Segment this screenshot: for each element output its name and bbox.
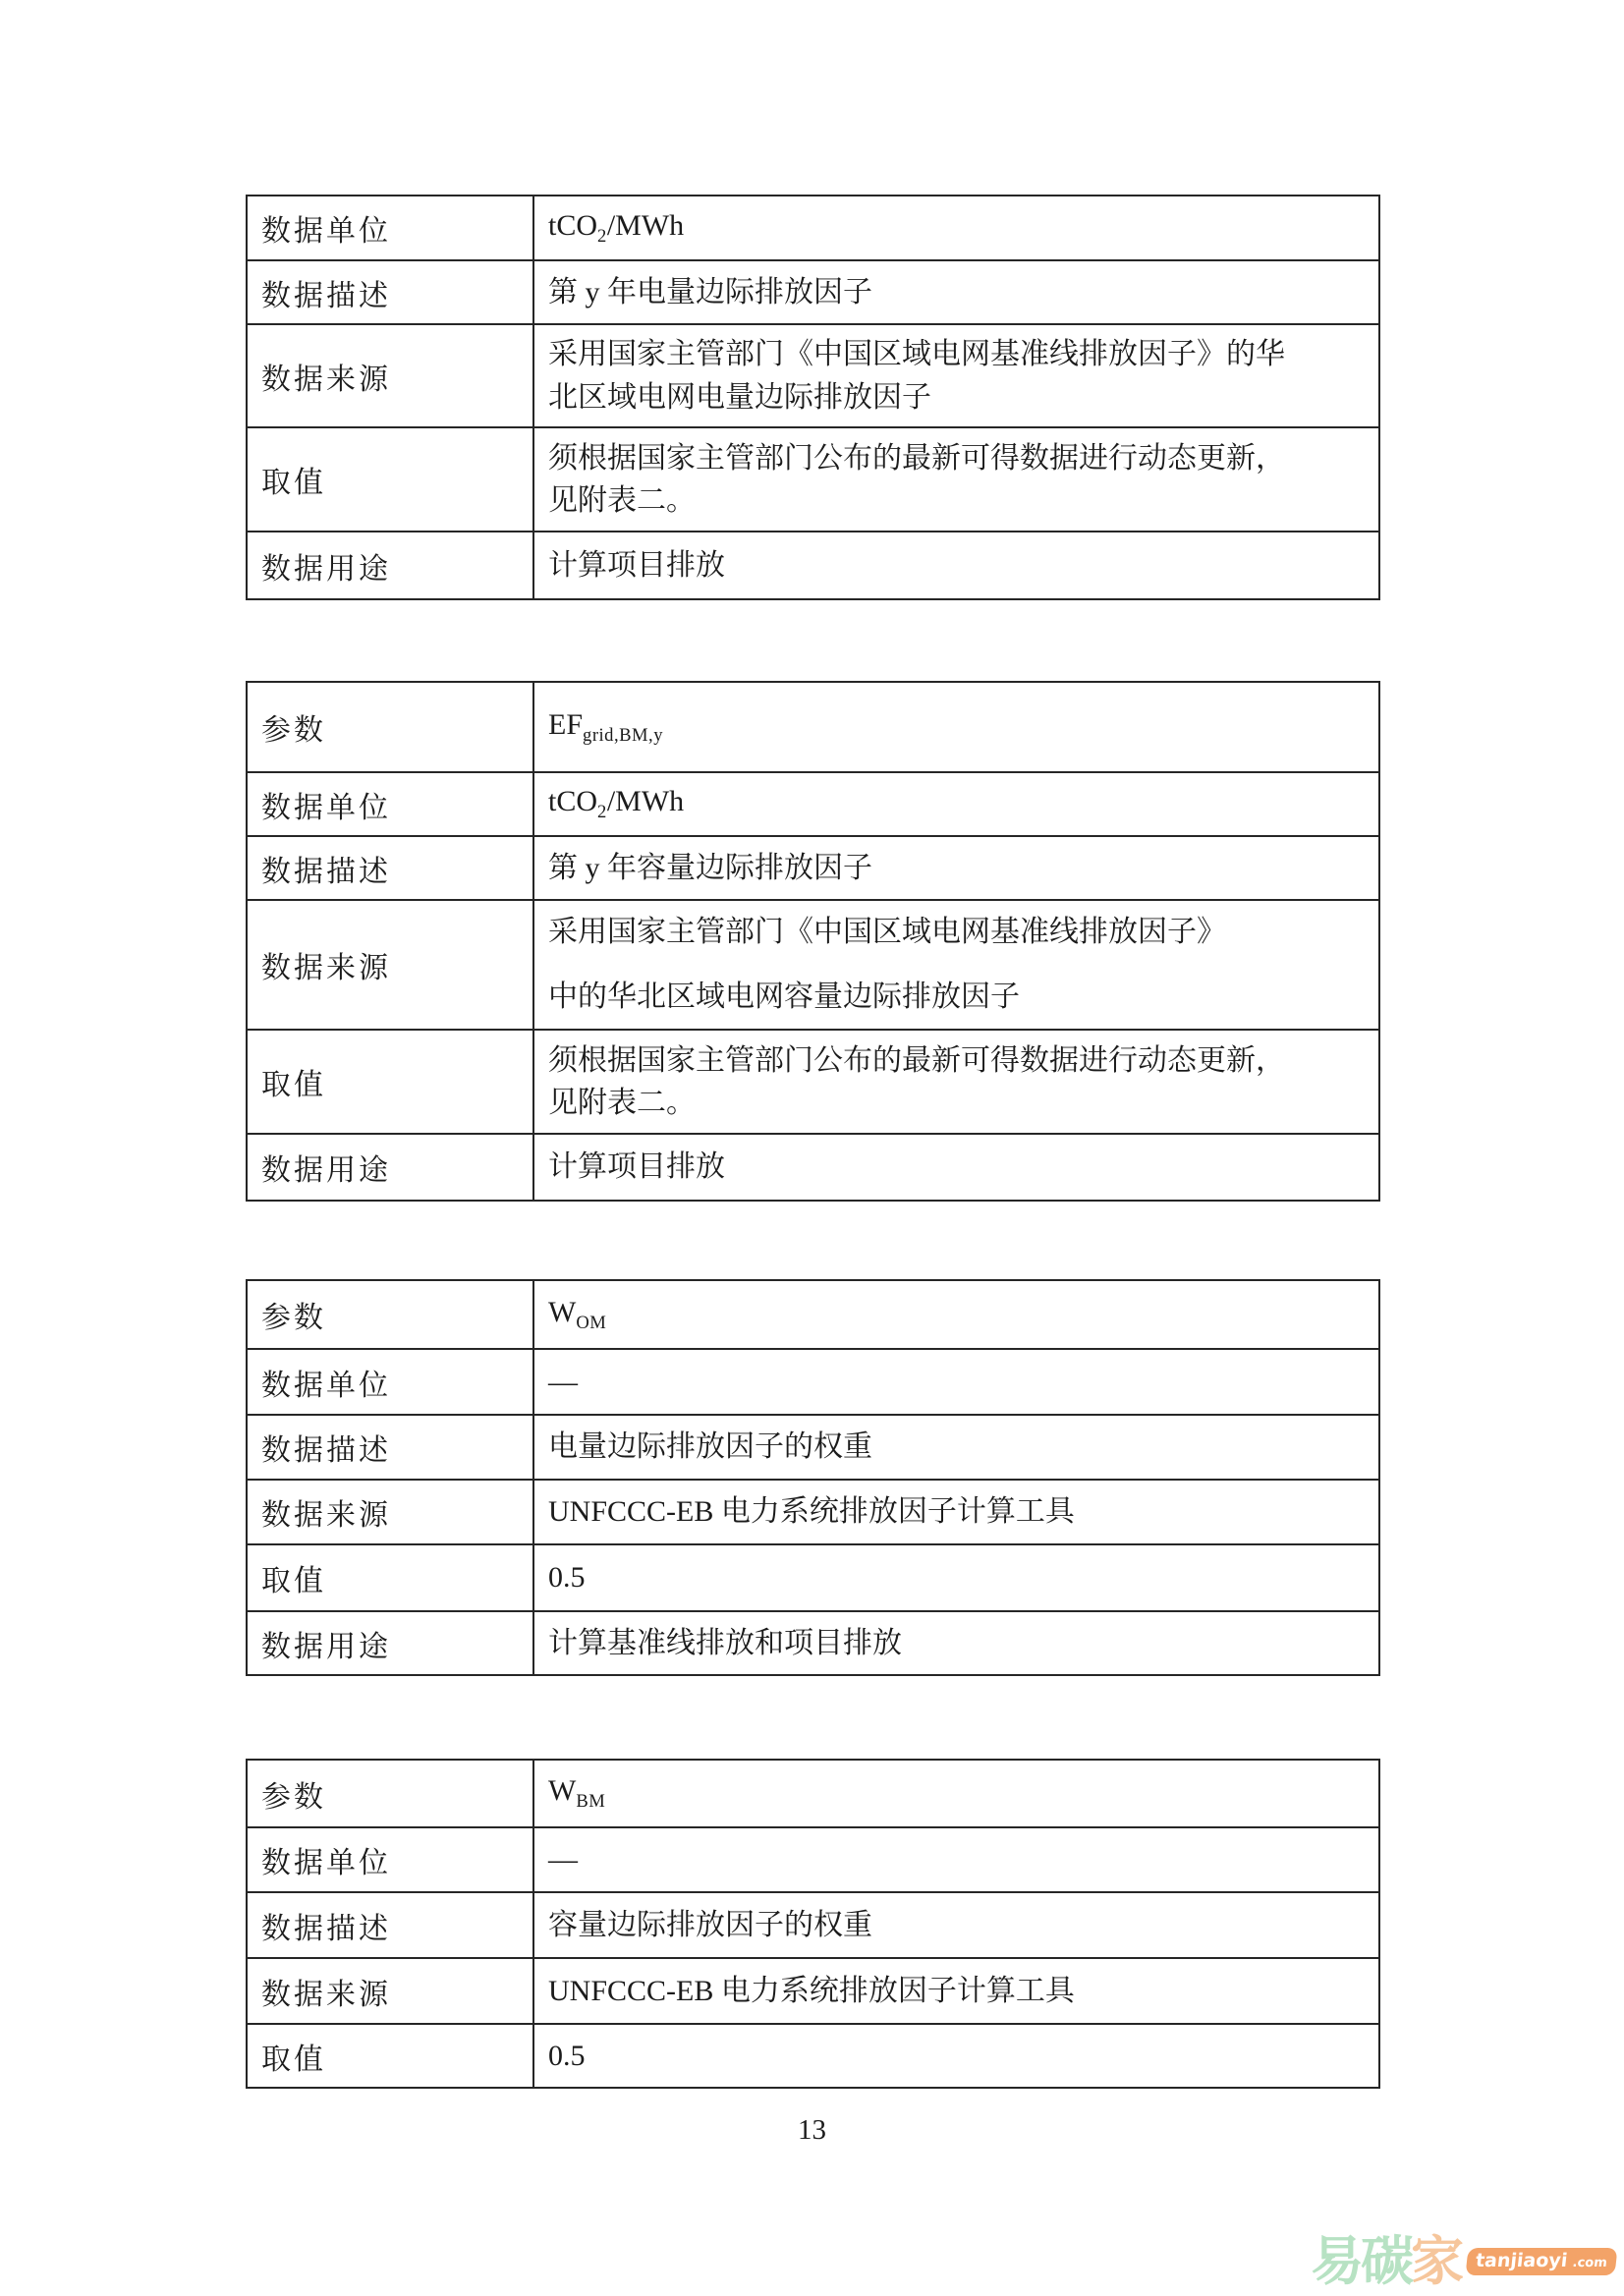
table-row: 数据单位 tCO2/MWh <box>248 771 1378 835</box>
row-label: 参数 <box>248 1281 534 1348</box>
parameter-symbol: WBM <box>548 1773 605 1813</box>
row-label: 取值 <box>248 2025 534 2087</box>
row-label: 数据单位 <box>248 773 534 835</box>
table-row: 参数 WBM <box>248 1761 1378 1826</box>
row-label: 数据单位 <box>248 1350 534 1414</box>
parameter-table-2: 参数 EFgrid,BM,y 数据单位 tCO2/MWh 数据描述 第 y 年容… <box>246 681 1380 1202</box>
table-row: 取值 0.5 <box>248 1543 1378 1610</box>
table-row: 数据描述 电量边际排放因子的权重 <box>248 1414 1378 1479</box>
table-row: 数据描述 第 y 年容量边际排放因子 <box>248 835 1378 899</box>
watermark-badge: tanjiaoyi .com <box>1466 2248 1618 2275</box>
row-label: 取值 <box>248 1545 534 1610</box>
parameter-symbol: EFgrid,BM,y <box>548 707 663 747</box>
unit-value: tCO2/MWh <box>548 208 684 248</box>
table-row: 数据来源 UNFCCC-EB 电力系统排放因子计算工具 <box>248 1957 1378 2023</box>
row-value: tCO2/MWh <box>534 196 1378 259</box>
table-row: 数据来源 UNFCCC-EB 电力系统排放因子计算工具 <box>248 1479 1378 1543</box>
row-label: 数据用途 <box>248 1612 534 1674</box>
table-row: 数据用途 计算项目排放 <box>248 531 1378 598</box>
watermark-tld: .com <box>1572 2256 1608 2270</box>
watermark-char-jia: 家 <box>1411 2235 1461 2288</box>
page-number: 13 <box>0 2114 1624 2147</box>
row-value: WBM <box>534 1761 1378 1826</box>
row-value: 计算项目排放 <box>534 532 1378 598</box>
table-row: 数据用途 计算基准线排放和项目排放 <box>248 1610 1378 1674</box>
table-row: 取值 0.5 <box>248 2023 1378 2087</box>
row-value: 0.5 <box>534 1545 1378 1610</box>
table-row: 数据单位 tCO2/MWh <box>248 196 1378 259</box>
parameter-symbol: WOM <box>548 1295 606 1334</box>
row-value: EFgrid,BM,y <box>534 683 1378 771</box>
row-label: 数据描述 <box>248 1416 534 1479</box>
row-value: 0.5 <box>534 2025 1378 2087</box>
row-value: tCO2/MWh <box>534 773 1378 835</box>
table-row: 取值 须根据国家主管部门公布的最新可得数据进行动态更新， 见附表二。 <box>248 426 1378 531</box>
row-label: 数据用途 <box>248 532 534 598</box>
row-label: 数据描述 <box>248 837 534 899</box>
watermark-logo: 易 碳 家 tanjiaoyi .com <box>1311 2235 1616 2288</box>
row-value: 采用国家主管部门《中国区域电网基准线排放因子》 中的华北区域电网容量边际排放因子 <box>534 901 1378 1029</box>
row-label: 数据来源 <box>248 325 534 426</box>
parameter-table-4: 参数 WBM 数据单位 — 数据描述 容量边际排放因子的权重 数据来源 UNFC… <box>246 1759 1380 2089</box>
watermark-char-yi: 易 <box>1311 2235 1361 2288</box>
table-row: 数据用途 计算项目排放 <box>248 1133 1378 1200</box>
row-label: 数据来源 <box>248 901 534 1029</box>
parameter-table-3: 参数 WOM 数据单位 — 数据描述 电量边际排放因子的权重 数据来源 UNFC… <box>246 1279 1380 1676</box>
row-label: 参数 <box>248 683 534 771</box>
row-label: 参数 <box>248 1761 534 1826</box>
row-value: UNFCCC-EB 电力系统排放因子计算工具 <box>534 1959 1378 2023</box>
row-label: 数据用途 <box>248 1135 534 1200</box>
unit-value: tCO2/MWh <box>548 784 684 823</box>
table-row: 数据单位 — <box>248 1826 1378 1891</box>
row-value: 第 y 年电量边际排放因子 <box>534 261 1378 323</box>
row-value: 计算基准线排放和项目排放 <box>534 1612 1378 1674</box>
row-value: 须根据国家主管部门公布的最新可得数据进行动态更新， 见附表二。 <box>534 1031 1378 1133</box>
row-value: 电量边际排放因子的权重 <box>534 1416 1378 1479</box>
table-row: 数据描述 第 y 年电量边际排放因子 <box>248 259 1378 323</box>
table-row: 取值 须根据国家主管部门公布的最新可得数据进行动态更新， 见附表二。 <box>248 1029 1378 1133</box>
row-label: 数据描述 <box>248 261 534 323</box>
row-value: — <box>534 1828 1378 1891</box>
row-value: 须根据国家主管部门公布的最新可得数据进行动态更新， 见附表二。 <box>534 428 1378 531</box>
row-label: 数据来源 <box>248 1959 534 2023</box>
table-row: 参数 WOM <box>248 1281 1378 1348</box>
watermark-char-tan: 碳 <box>1361 2235 1411 2288</box>
table-row: 数据单位 — <box>248 1348 1378 1414</box>
table-row: 数据来源 采用国家主管部门《中国区域电网基准线排放因子》的华 北区域电网电量边际… <box>248 323 1378 426</box>
row-value: — <box>534 1350 1378 1414</box>
row-label: 数据单位 <box>248 1828 534 1891</box>
row-label: 数据来源 <box>248 1481 534 1543</box>
table-row: 数据来源 采用国家主管部门《中国区域电网基准线排放因子》 中的华北区域电网容量边… <box>248 899 1378 1029</box>
row-label: 数据描述 <box>248 1893 534 1957</box>
row-value: 容量边际排放因子的权重 <box>534 1893 1378 1957</box>
parameter-table-1: 数据单位 tCO2/MWh 数据描述 第 y 年电量边际排放因子 数据来源 采用… <box>246 195 1380 600</box>
row-label: 数据单位 <box>248 196 534 259</box>
row-value: WOM <box>534 1281 1378 1348</box>
document-page: 数据单位 tCO2/MWh 数据描述 第 y 年电量边际排放因子 数据来源 采用… <box>0 0 1624 2296</box>
row-value: 采用国家主管部门《中国区域电网基准线排放因子》的华 北区域电网电量边际排放因子 <box>534 325 1378 426</box>
table-row: 数据描述 容量边际排放因子的权重 <box>248 1891 1378 1957</box>
row-value: 第 y 年容量边际排放因子 <box>534 837 1378 899</box>
row-label: 取值 <box>248 1031 534 1133</box>
row-value: UNFCCC-EB 电力系统排放因子计算工具 <box>534 1481 1378 1543</box>
watermark-domain: tanjiaoyi <box>1475 2250 1569 2271</box>
row-label: 取值 <box>248 428 534 531</box>
row-value: 计算项目排放 <box>534 1135 1378 1200</box>
table-row: 参数 EFgrid,BM,y <box>248 683 1378 771</box>
